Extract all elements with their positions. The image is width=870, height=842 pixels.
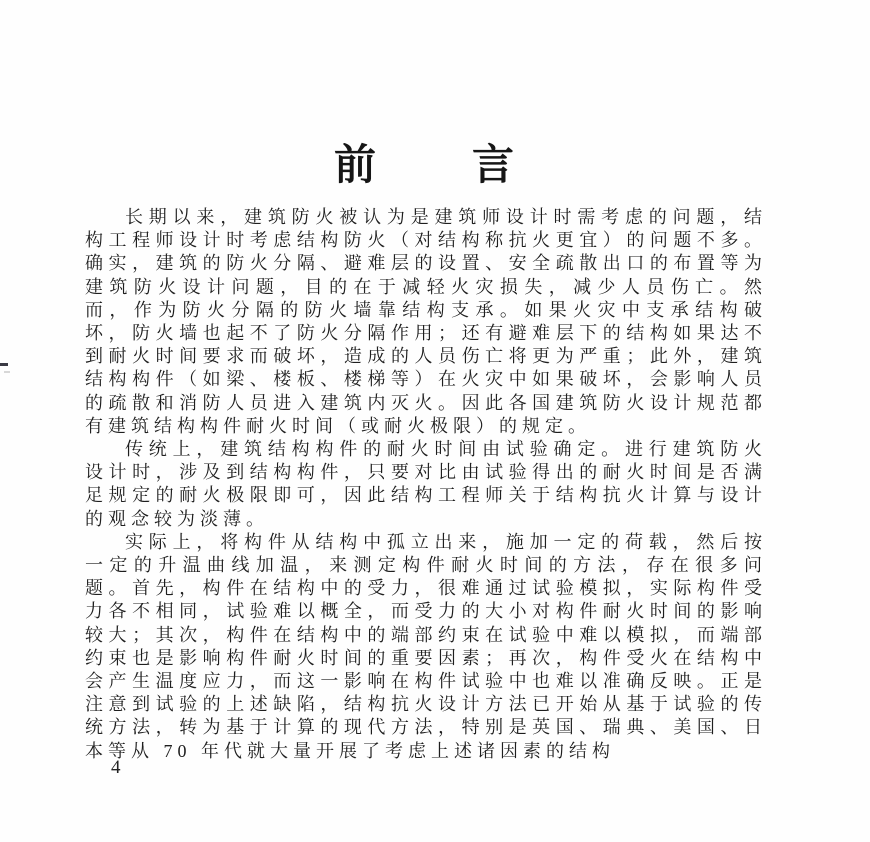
- scan-artifact-dash: [0, 363, 8, 366]
- page-title: 前 言: [85, 140, 767, 192]
- paragraph-1: 长期以来，建筑防火被认为是建筑师设计时需考虑的问题，结构工程师设计时考虑结构防火…: [85, 206, 767, 438]
- preface-body: 长期以来，建筑防火被认为是建筑师设计时需考虑的问题，结构工程师设计时考虑结构防火…: [85, 206, 767, 763]
- scan-artifact-dot: [4, 371, 10, 373]
- paragraph-3: 实际上，将构件从结构中孤立出来，施加一定的荷载，然后按一定的升温曲线加温，来测定…: [85, 531, 767, 763]
- page-number: 4: [111, 757, 121, 779]
- book-page: 前 言 长期以来，建筑防火被认为是建筑师设计时需考虑的问题，结构工程师设计时考虑…: [0, 0, 870, 842]
- paragraph-2: 传统上，建筑结构构件的耐火时间由试验确定。进行建筑防火设计时，涉及到结构构件，只…: [85, 438, 767, 531]
